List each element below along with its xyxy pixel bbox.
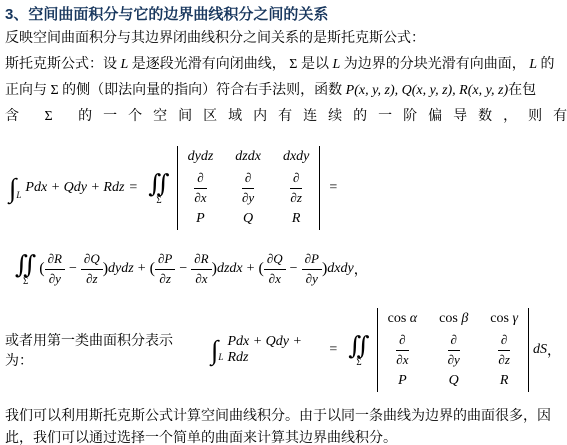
partial-derivative-fraction: ∂R ∂y <box>45 251 65 287</box>
fraction-numerator: ∂ <box>498 332 510 350</box>
fraction-denominator: ∂x <box>194 189 206 206</box>
plus-sign: + <box>138 261 146 277</box>
first-kind-label: 或者用第一类曲面积分表示为： <box>5 330 197 370</box>
det-cell: P <box>196 211 205 227</box>
partial-derivative-fraction: ∂ ∂y <box>448 332 460 368</box>
formula-lhs: Pdx + Qdy + Rdz <box>25 180 124 196</box>
det-cell: P <box>398 373 407 389</box>
fraction-denominator: ∂z <box>159 270 170 287</box>
partial-derivative-fraction: ∂ ∂z <box>290 170 302 206</box>
det-cell: dydz <box>188 149 214 165</box>
curl-term: ( ∂Q ∂x − ∂P ∂y ) dxdy <box>259 251 354 287</box>
line-integral-sign: ∫ L <box>9 175 23 202</box>
text-segment: 含 <box>5 109 45 124</box>
text-segment: 在包 <box>508 83 536 98</box>
paragraph-conclusion: 我们可以利用斯托克斯公式计算空间曲线积分。由于以同一条曲线为边界的曲面很多，因此… <box>5 406 561 445</box>
document-page: 3、空间曲面积分与它的边界曲线积分之间的关系 反映空间曲面积分与其边界闭曲线积分… <box>0 0 567 445</box>
det-cell: cos γ <box>490 311 518 327</box>
surface-integral-sign: ∬ Σ <box>348 334 369 367</box>
text-segment: 为边界的分块光滑有向曲面， <box>340 57 529 72</box>
partial-derivative-fraction: ∂ ∂x <box>396 332 408 368</box>
text-segment: Σ <box>51 83 59 98</box>
equals-sign: = <box>329 180 337 196</box>
det-cell: dzdx <box>235 149 261 165</box>
surface-integral-sign: ∬ Σ <box>148 172 169 205</box>
surface-integral-subscript: Σ <box>356 358 361 367</box>
fraction-denominator: ∂y <box>448 351 460 368</box>
fraction-denominator: ∂x <box>195 270 207 287</box>
det-cell: R <box>292 211 301 227</box>
text-segment: 是逐段光滑有向闭曲线， <box>128 57 289 72</box>
fraction-denominator: ∂y <box>49 270 61 287</box>
cos-function: cos <box>439 311 461 326</box>
partial-derivative-fraction: ∂R ∂x <box>191 251 211 287</box>
fraction-numerator: ∂ <box>448 332 460 350</box>
det-cell: cos β <box>439 311 468 327</box>
fraction-numerator: ∂ <box>396 332 408 350</box>
minus-sign: − <box>179 261 187 277</box>
fraction-denominator: ∂x <box>269 270 281 287</box>
partial-derivative-fraction: ∂P ∂y <box>302 251 322 287</box>
det-cell: cos α <box>388 311 418 327</box>
text-segment: P(x, y, z), Q(x, y, z), R(x, y, z) <box>346 83 509 98</box>
stokes-definition-line-2: 正向与 Σ 的侧（即法向量的指向）符合右手法则，函数 P(x, y, z), Q… <box>5 78 561 104</box>
text-segment: 是以 <box>297 57 332 72</box>
fraction-numerator: ∂P <box>155 251 175 269</box>
fraction-numerator: ∂Q <box>81 251 103 269</box>
differential: dydz <box>108 261 134 277</box>
text-segment: 的一个空间区域内有连续的一阶偏导数，则有 <box>64 109 567 124</box>
differential: dxdy <box>327 261 353 277</box>
fraction-denominator: ∂y <box>306 270 318 287</box>
fraction-numerator: ∂R <box>191 251 211 269</box>
partial-derivative-fraction: ∂ ∂z <box>498 332 510 368</box>
fraction-denominator: ∂z <box>290 189 301 206</box>
fraction-numerator: ∂ <box>194 170 206 188</box>
det-cell: Q <box>449 373 459 389</box>
equals-sign: = <box>129 180 137 196</box>
determinant-matrix: dydz dzdx dxdy ∂ ∂x ∂ ∂y ∂ ∂z P Q R <box>177 146 321 230</box>
differential: dzdx <box>217 261 243 277</box>
integral-subscript: L <box>16 190 21 200</box>
fraction-denominator: ∂y <box>242 189 254 206</box>
trailing-comma: ， <box>547 340 561 360</box>
det-cell: R <box>500 373 509 389</box>
partial-derivative-fraction: ∂P ∂z <box>155 251 175 287</box>
minus-sign: − <box>290 261 298 277</box>
partial-derivative-fraction: ∂ ∂y <box>242 170 254 206</box>
angle-symbol: β <box>461 311 468 326</box>
surface-integral-subscript: Σ <box>23 277 28 286</box>
formula-lhs: Pdx + Qdy + Rdz <box>227 334 324 366</box>
fraction-denominator: ∂x <box>396 351 408 368</box>
det-cell: dxdy <box>283 149 309 165</box>
line-integral-sign: ∫ L <box>211 337 225 364</box>
text-segment: Σ <box>45 109 64 124</box>
stokes-formula-first-kind: 或者用第一类曲面积分表示为： ∫ L Pdx + Qdy + Rdz = ∬ Σ… <box>5 302 561 398</box>
surface-integral-subscript: Σ <box>156 196 161 205</box>
section-title: 3、空间曲面积分与它的边界曲线积分之间的关系 <box>5 4 561 26</box>
plus-sign: + <box>247 261 255 277</box>
partial-derivative-fraction: ∂Q ∂z <box>81 251 103 287</box>
curl-term: ( ∂R ∂y − ∂Q ∂z ) dydz + <box>39 251 149 287</box>
det-cell: Q <box>243 211 253 227</box>
double-integral-icon: ∬ <box>348 334 369 359</box>
angle-symbol: α <box>410 311 417 326</box>
double-integral-icon: ∬ <box>15 253 36 278</box>
paragraph-intro: 反映空间曲面积分与其边界闭曲线积分之间关系的是斯托克斯公式： <box>5 26 561 52</box>
double-integral-icon: ∬ <box>148 172 169 197</box>
curl-term: ( ∂P ∂z − ∂R ∂x ) dzdx + <box>150 251 259 287</box>
determinant-matrix: cos α cos β cos γ ∂ ∂x ∂ ∂y ∂ ∂z P Q R <box>377 308 529 392</box>
trailing-comma: ， <box>354 259 368 279</box>
partial-derivative-fraction: ∂Q ∂x <box>264 251 286 287</box>
equals-sign: = <box>329 342 337 358</box>
ds-differential: dS <box>533 342 547 358</box>
fraction-numerator: ∂ <box>290 170 302 188</box>
fraction-numerator: ∂Q <box>264 251 286 269</box>
angle-symbol: γ <box>512 311 518 326</box>
cos-function: cos <box>490 311 512 326</box>
fraction-denominator: ∂z <box>498 351 509 368</box>
integral-subscript: L <box>218 352 223 362</box>
stokes-formula-determinant: ∫ L Pdx + Qdy + Rdz = ∬ Σ dydz dzdx dxdy… <box>9 142 561 234</box>
stokes-definition-line-1: 斯托克斯公式：设 L 是逐段光滑有向闭曲线， Σ 是以 L 为边界的分块光滑有向… <box>5 52 561 78</box>
text-segment: 的 <box>537 57 555 72</box>
partial-derivative-fraction: ∂ ∂x <box>194 170 206 206</box>
fraction-numerator: ∂ <box>242 170 254 188</box>
surface-integral-sign: ∬ Σ <box>15 253 36 286</box>
text-segment: 的侧（即法向量的指向）符合右手法则，函数 <box>59 83 346 98</box>
text-segment: L <box>529 57 537 72</box>
text-segment: 斯托克斯公式：设 <box>5 57 121 72</box>
text-segment: 正向与 <box>5 83 51 98</box>
fraction-denominator: ∂z <box>86 270 97 287</box>
stokes-formula-expanded: ∬ Σ ( ∂R ∂y − ∂Q ∂z ) dydz + ( ∂P ∂z − <box>9 242 561 296</box>
fraction-numerator: ∂P <box>302 251 322 269</box>
stokes-definition-line-3: 含 Σ 的一个空间区域内有连续的一阶偏导数，则有 <box>5 104 561 130</box>
fraction-numerator: ∂R <box>45 251 65 269</box>
cos-function: cos <box>388 311 410 326</box>
minus-sign: − <box>69 261 77 277</box>
